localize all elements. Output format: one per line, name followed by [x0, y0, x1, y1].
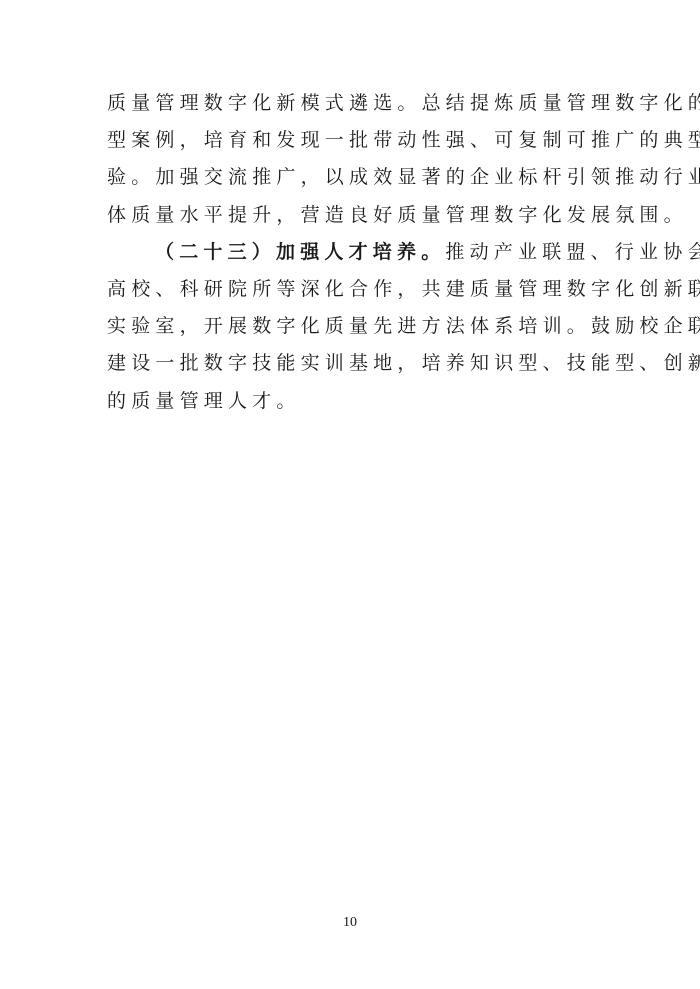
paragraph-1: 质量管理数字化新模式遴选。总结提炼质量管理数字化的典 型案例，培育和发现一批带动… [107, 85, 593, 234]
paragraph-2: （二十三）加强人才培养。推动产业联盟、行业协会与 高校、科研院所等深化合作，共建… [107, 234, 593, 420]
section-heading: （二十三）加强人才培养。 [155, 241, 445, 263]
text-line: 高校、科研院所等深化合作，共建质量管理数字化创新联合 [107, 271, 593, 308]
page-number: 10 [0, 915, 700, 931]
text-line: 验。加强交流推广，以成效显著的企业标杆引领推动行业整 [107, 159, 593, 196]
text-line-first: （二十三）加强人才培养。推动产业联盟、行业协会与 [107, 234, 593, 271]
text-line: 质量管理数字化新模式遴选。总结提炼质量管理数字化的典 [107, 85, 593, 122]
text-line: 实验室，开展数字化质量先进方法体系培训。鼓励校企联合 [107, 308, 593, 345]
text-line: 体质量水平提升，营造良好质量管理数字化发展氛围。 [107, 197, 593, 234]
text-line: 型案例，培育和发现一批带动性强、可复制可推广的典型经 [107, 122, 593, 159]
text-line: 的质量管理人才。 [107, 383, 593, 420]
body-text: 质量管理数字化新模式遴选。总结提炼质量管理数字化的典 型案例，培育和发现一批带动… [107, 85, 593, 420]
document-page: 质量管理数字化新模式遴选。总结提炼质量管理数字化的典 型案例，培育和发现一批带动… [0, 0, 700, 989]
text-line: 建设一批数字技能实训基地，培养知识型、技能型、创新型 [107, 345, 593, 382]
text-span: 推动产业联盟、行业协会与 [445, 241, 700, 263]
